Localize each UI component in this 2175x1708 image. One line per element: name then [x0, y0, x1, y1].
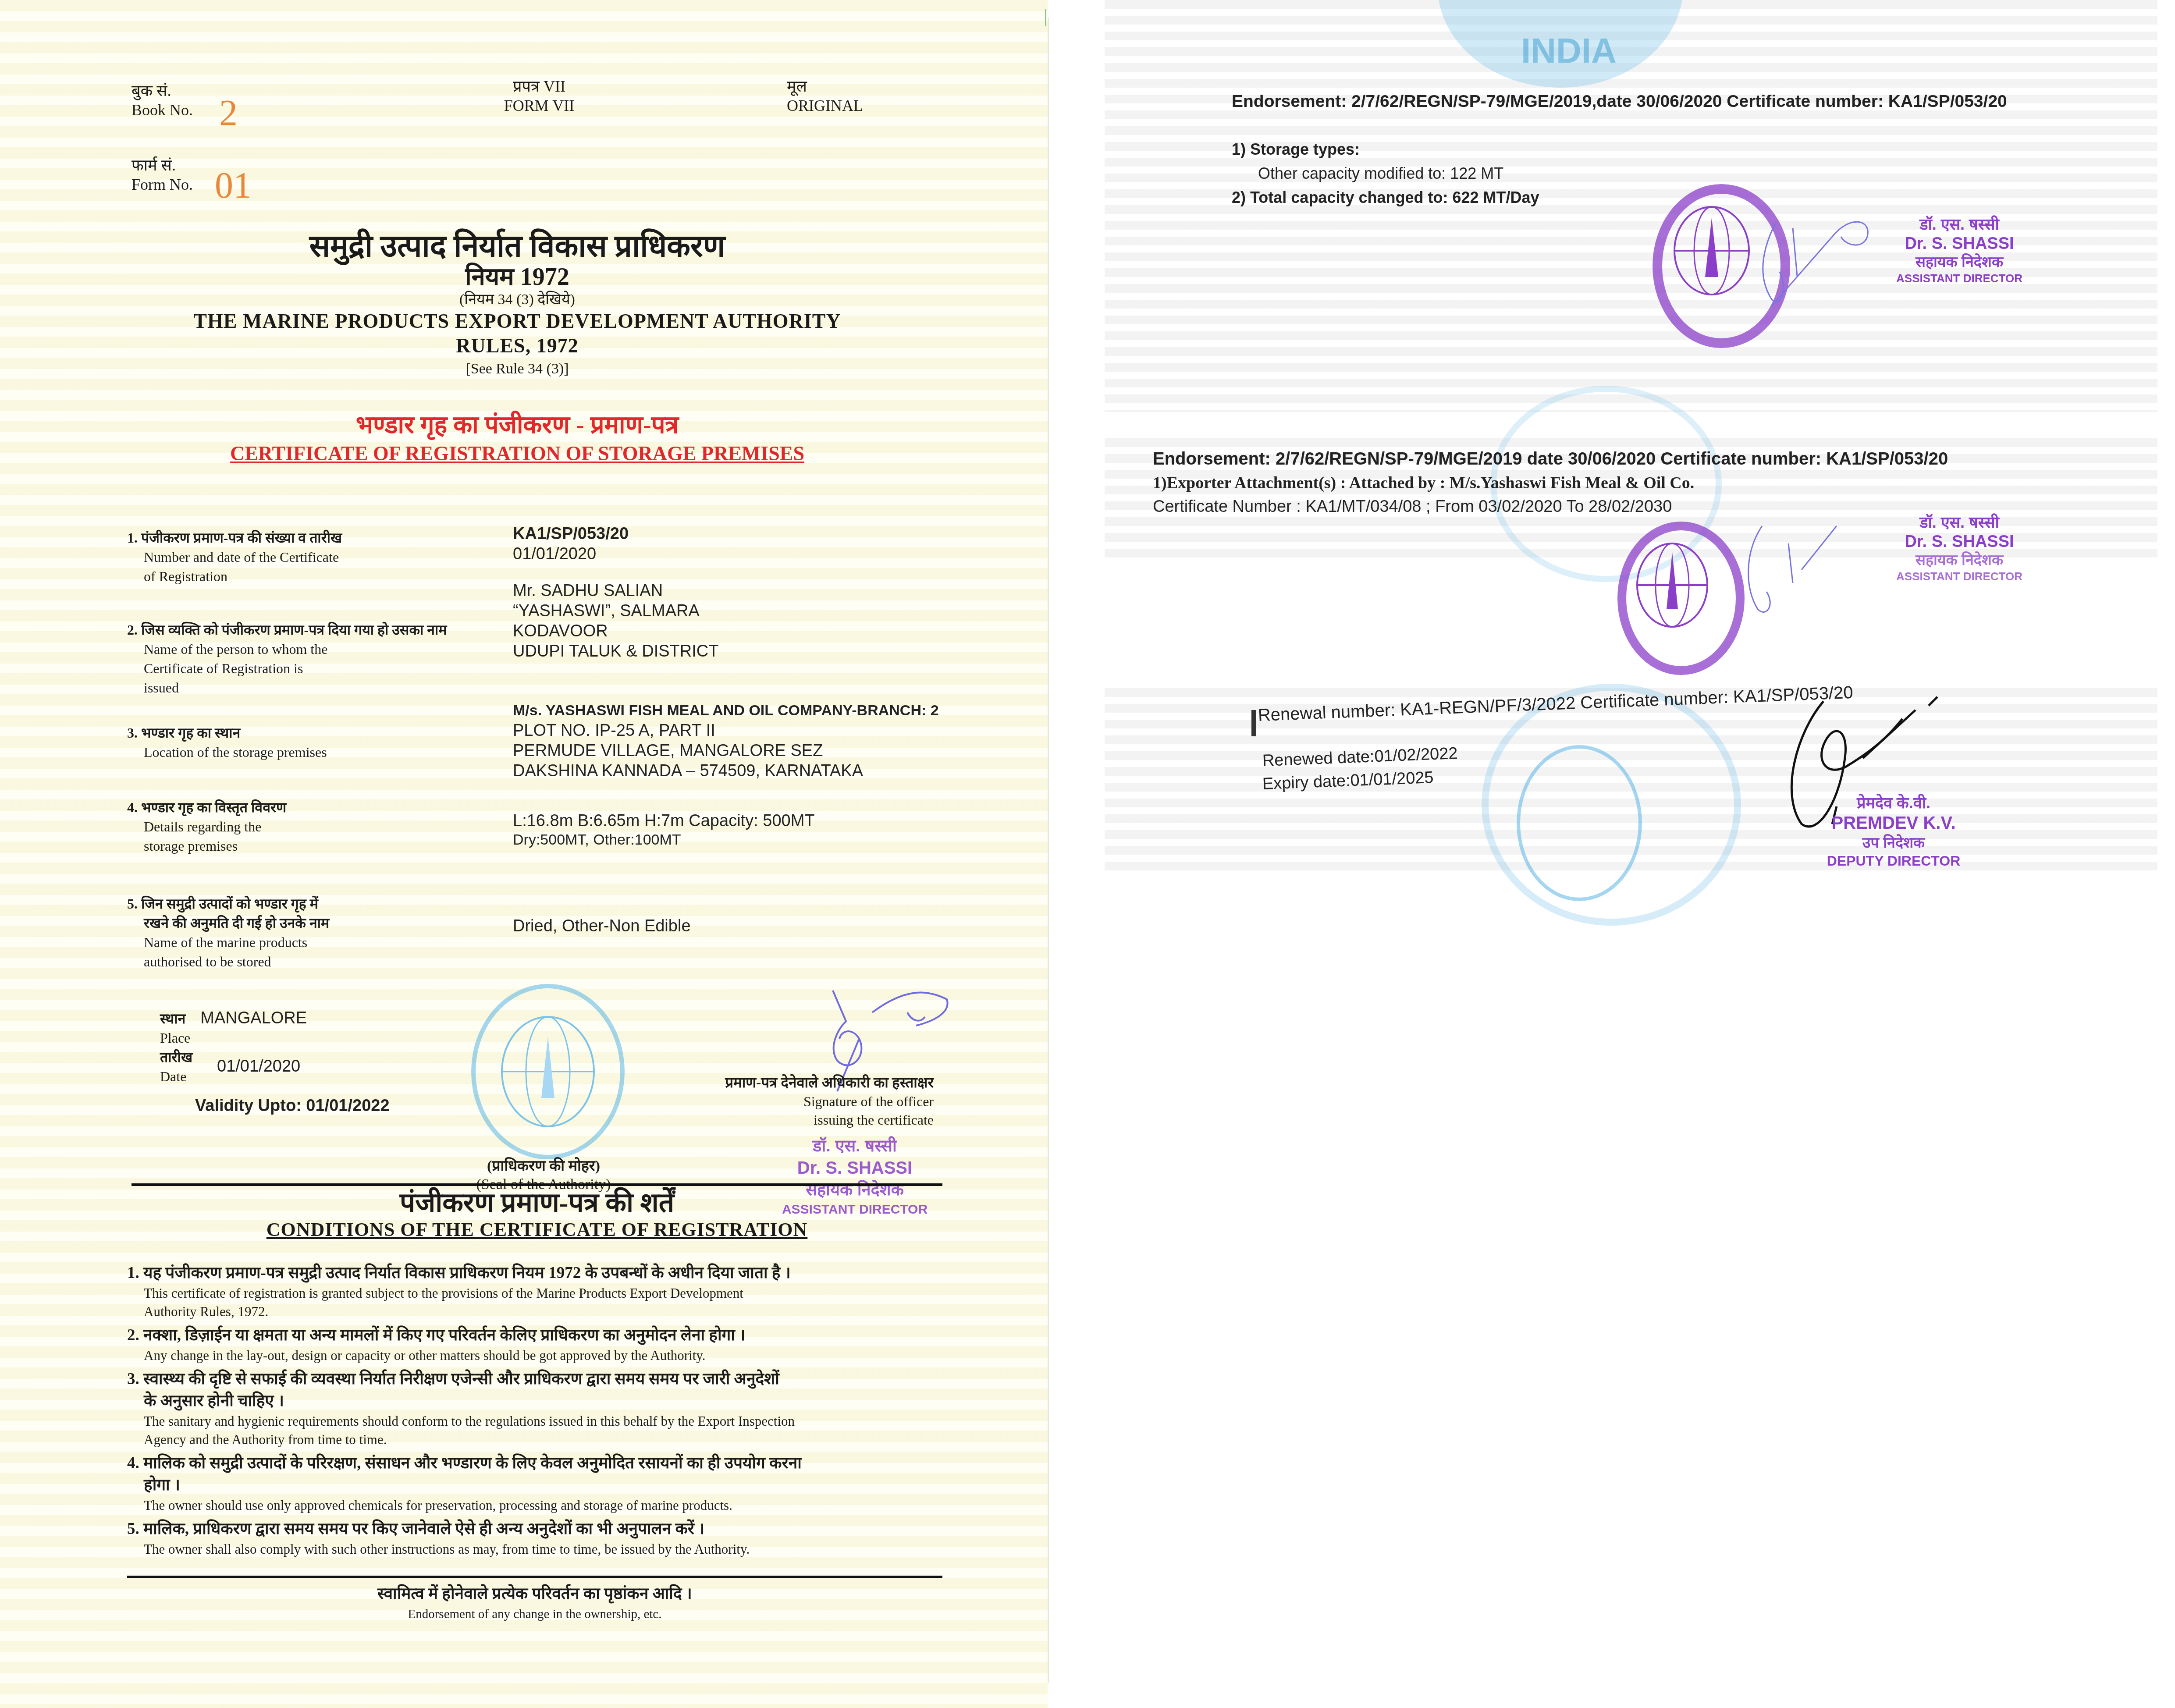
- renewal-marker: [1251, 710, 1256, 736]
- copy-type: मूल ORIGINAL: [787, 77, 863, 115]
- endorsement-1-line: 1) Storage types:: [1232, 140, 1360, 159]
- form-number-label-hi: फार्म सं.: [131, 156, 193, 175]
- endorsement-heading-hi: स्वामित्व में होनेवाले प्रत्येक परिवर्तन…: [127, 1583, 942, 1605]
- copy-type-hi: मूल: [787, 77, 863, 96]
- item-1-label-en-line: of Registration: [127, 567, 390, 586]
- condition-item: 1. यह पंजीकरण प्रमाण-पत्र समुद्री उत्पाद…: [127, 1262, 942, 1321]
- rule-ref-hi: (नियम 34 (3) देखिये): [131, 291, 903, 309]
- page-divider: [1048, 18, 1049, 1683]
- condition-en: The owner should use only approved chemi…: [127, 1496, 942, 1515]
- book-number-value: 2: [219, 92, 238, 135]
- title-block: समुद्री उत्पाद निर्यात विकास प्राधिकरण न…: [131, 230, 903, 380]
- item-3-label-hi: 3. भण्डार गृह का स्थान: [127, 723, 390, 742]
- item-1-label-hi: 1. पंजीकरण प्रमाण-पत्र की संख्या व तारीख: [127, 528, 390, 547]
- storage-details: L:16.8m B:6.65m H:7m Capacity: 500MT Dry…: [513, 811, 815, 849]
- condition-hi: 4. मालिक को समुद्री उत्पादों के परिरक्षण…: [127, 1452, 942, 1474]
- item-4-label-en-line: storage premises: [127, 836, 390, 856]
- condition-en: The sanitary and hygienic requirements s…: [127, 1412, 942, 1431]
- form-number-label-en: Form No.: [131, 175, 193, 194]
- globe-icon: [1626, 530, 1718, 649]
- condition-hi: के अनुसार होनी चाहिए ।: [127, 1390, 942, 1412]
- endorsement-heading: स्वामित्व में होनेवाले प्रत्येक परिवर्तन…: [127, 1583, 942, 1623]
- condition-en: Authority Rules, 1972.: [127, 1303, 942, 1321]
- officer-designation-hi: सहायक निदेशक: [1876, 551, 2043, 569]
- date-label-hi: तारीख: [160, 1048, 192, 1067]
- date-value: 01/01/2020: [217, 1056, 300, 1076]
- condition-en: This certificate of registration is gran…: [127, 1284, 942, 1303]
- item-1-label-en-line: Number and date of the Certificate: [127, 547, 390, 567]
- premises-address-line: PERMUDE VILLAGE, MANGALORE SEZ: [513, 741, 939, 761]
- conditions-title-en: CONDITIONS OF THE CERTIFICATE OF REGISTR…: [131, 1218, 942, 1241]
- place-label-en: Place: [160, 1028, 307, 1048]
- divider: [127, 1576, 942, 1578]
- endorsement-2-heading: Endorsement: 2/7/62/REGN/SP-79/MGE/2019 …: [1153, 449, 1948, 469]
- officer-designation-hi: उप निदेशक: [1810, 834, 1977, 852]
- signature-caption-en: issuing the certificate: [649, 1111, 934, 1129]
- endorsement-1-heading: Endorsement: 2/7/62/REGN/SP-79/MGE/2019,…: [1232, 92, 2007, 111]
- item-5-label-hi: 5. जिन समुद्री उत्पादों को भण्डार गृह मे…: [127, 894, 399, 913]
- item-4-label: 4. भण्डार गृह का विस्तृत विवरण Details r…: [127, 798, 390, 856]
- officer-name-hi: डॉ. एस. षस्सी: [767, 1135, 942, 1157]
- rules-hi: नियम 1972: [131, 263, 903, 291]
- condition-hi: 3. स्वास्थ्य की दृष्टि से सफाई की व्यवस्…: [127, 1368, 942, 1390]
- item-3-label: 3. भण्डार गृह का स्थान Location of the s…: [127, 723, 390, 762]
- premises-address-line: DAKSHINA KANNADA – 574509, KARNATAKA: [513, 761, 939, 781]
- holder-address-line: KODAVOOR: [513, 621, 718, 641]
- officer-name-en: PREMDEV K.V.: [1810, 813, 1977, 834]
- storage-capacity-breakdown: Dry:500MT, Other:100MT: [513, 831, 815, 849]
- officer-signature: [1736, 517, 1850, 622]
- date-label-en: Date: [160, 1067, 192, 1086]
- seal-country-text: INDIA: [1521, 31, 1617, 71]
- condition-en: Any change in the lay-out, design or cap…: [127, 1346, 942, 1365]
- certificate-title-en: CERTIFICATE OF REGISTRATION OF STORAGE P…: [131, 440, 903, 467]
- rules-en: RULES, 1972: [131, 334, 903, 358]
- officer-designation-en: ASSISTANT DIRECTOR: [1876, 271, 2043, 286]
- signature-caption-en: Signature of the officer: [649, 1092, 934, 1111]
- signature-caption-hi: प्रमाण-पत्र देनेवाले अधिकारी का हस्ताक्ष…: [649, 1074, 934, 1092]
- authority-name-hi: समुद्री उत्पाद निर्यात विकास प्राधिकरण: [131, 230, 903, 263]
- officer-stamp: डॉ. एस. षस्सी Dr. S. SHASSI सहायक निदेशक…: [1876, 215, 2043, 286]
- form-number-label: फार्म सं. Form No.: [131, 156, 193, 194]
- item-5-label: 5. जिन समुद्री उत्पादों को भण्डार गृह मे…: [127, 894, 399, 971]
- officer-name-hi: प्रेमदेव के.वी.: [1810, 793, 1977, 813]
- endorsement-1-line: Other capacity modified to: 122 MT: [1258, 164, 1503, 183]
- exporter-attachment: 1)Exporter Attachment(s) : Attached by :…: [1153, 473, 1694, 493]
- place-label-hi: स्थान: [160, 1011, 185, 1026]
- premises-company-name: M/s. YASHASWI FISH MEAL AND OIL COMPANY-…: [513, 700, 939, 721]
- condition-hi: होगा ।: [127, 1474, 942, 1496]
- form-type-en: FORM VII: [473, 96, 605, 115]
- rule-ref-en: [See Rule 34 (3)]: [131, 358, 903, 380]
- officer-name-en: Dr. S. SHASSI: [767, 1157, 942, 1179]
- holder-name-address: Mr. SADHU SALIAN “YASHASWI”, SALMARA KOD…: [513, 581, 718, 661]
- authority-name-en: THE MARINE PRODUCTS EXPORT DEVELOPMENT A…: [131, 309, 903, 334]
- attached-certificate-number: Certificate Number : KA1/MT/034/08 ; Fro…: [1153, 497, 1672, 516]
- registration-date: 01/01/2020: [513, 544, 629, 564]
- certificate-title-hi: भण्डार गृह का पंजीकरण - प्रमाण-पत्र: [131, 410, 903, 440]
- conditions-title: पंजीकरण प्रमाण-पत्र की शर्तें CONDITIONS…: [131, 1188, 942, 1241]
- officer-designation-en: ASSISTANT DIRECTOR: [1876, 569, 2043, 584]
- page-divider-mark: [1045, 9, 1046, 26]
- officer-name-hi: डॉ. एस. षस्सी: [1876, 513, 2043, 532]
- item-1-label: 1. पंजीकरण प्रमाण-पत्र की संख्या व तारीख…: [127, 528, 390, 586]
- item-2-label-en-line: Certificate of Registration is: [127, 659, 513, 678]
- signature-caption: प्रमाण-पत्र देनेवाले अधिकारी का हस्ताक्ष…: [649, 1074, 934, 1129]
- divider: [131, 1183, 942, 1186]
- officer-stamp: डॉ. एस. षस्सी Dr. S. SHASSI सहायक निदेशक…: [1876, 513, 2043, 584]
- item-4-label-hi: 4. भण्डार गृह का विस्तृत विवरण: [127, 798, 390, 817]
- deputy-director-stamp: प्रेमदेव के.वी. PREMDEV K.V. उप निदेशक D…: [1810, 793, 1977, 870]
- place-value: MANGALORE: [200, 1009, 307, 1027]
- officer-designation-en: DEPUTY DIRECTOR: [1810, 852, 1977, 870]
- endorsement-heading-en: Endorsement of any change in the ownersh…: [127, 1605, 942, 1623]
- validity-date: Validity Upto: 01/01/2022: [195, 1096, 390, 1116]
- authorised-products: Dried, Other-Non Edible: [513, 916, 691, 936]
- condition-hi: 5. मालिक, प्राधिकरण द्वारा समय समय पर कि…: [127, 1518, 942, 1540]
- officer-name-hi: डॉ. एस. षस्सी: [1876, 215, 2043, 234]
- globe-icon: [1662, 194, 1761, 319]
- holder-address-line: UDUPI TALUK & DISTRICT: [513, 641, 718, 661]
- condition-item: 5. मालिक, प्राधिकरण द्वारा समय समय पर कि…: [127, 1518, 942, 1559]
- condition-item: 4. मालिक को समुद्री उत्पादों के परिरक्षण…: [127, 1452, 942, 1515]
- condition-hi: 1. यह पंजीकरण प्रमाण-पत्र समुद्री उत्पाद…: [127, 1262, 942, 1284]
- condition-en: The owner shall also comply with such ot…: [127, 1540, 942, 1559]
- condition-item: 2. नक्शा, डिज़ाईन या क्षमता या अन्य मामल…: [127, 1324, 942, 1365]
- holder-name: Mr. SADHU SALIAN: [513, 581, 718, 601]
- condition-en: Agency and the Authority from time to ti…: [127, 1431, 942, 1449]
- authority-seal: [1517, 745, 1642, 901]
- item-2-label-en-line: Name of the person to whom the: [127, 639, 513, 659]
- condition-hi: 2. नक्शा, डिज़ाईन या क्षमता या अन्य मामल…: [127, 1324, 942, 1346]
- book-number-label: बुक सं. Book No.: [131, 81, 193, 120]
- conditions-list: 1. यह पंजीकरण प्रमाण-पत्र समुद्री उत्पाद…: [127, 1262, 942, 1559]
- endorsement-page: INDIA Endorsement: 2/7/62/REGN/SP-79/MGE…: [1052, 0, 2175, 1708]
- item-3-label-en-line: Location of the storage premises: [127, 742, 390, 762]
- officer-name-en: Dr. S. SHASSI: [1876, 234, 2043, 253]
- book-number-label-hi: बुक सं.: [131, 81, 193, 100]
- certificate-page: बुक सं. Book No. 2 फार्म सं. Form No. 01…: [0, 0, 1048, 1708]
- storage-dimensions-capacity: L:16.8m B:6.65m H:7m Capacity: 500MT: [513, 811, 815, 831]
- item-2-label-en-line: issued: [127, 678, 513, 697]
- holder-address-line: “YASHASWI”, SALMARA: [513, 601, 718, 621]
- authority-seal-stamp: [1617, 522, 1745, 675]
- endorsement-1-line: 2) Total capacity changed to: 622 MT/Day: [1232, 188, 1539, 207]
- officer-designation-hi: सहायक निदेशक: [1876, 253, 2043, 271]
- form-type: प्रपत्र VII FORM VII: [473, 77, 605, 115]
- book-number-label-en: Book No.: [131, 100, 193, 120]
- item-5-label-en-line: authorised to be stored: [127, 952, 399, 971]
- copy-type-en: ORIGINAL: [787, 96, 863, 115]
- item-2-label: 2. जिस व्यक्ति को पंजीकरण प्रमाण-पत्र दि…: [127, 620, 513, 697]
- officer-signature: [1753, 210, 1885, 316]
- certificate-title: भण्डार गृह का पंजीकरण - प्रमाण-पत्र CERT…: [131, 410, 903, 467]
- authority-seal: [471, 984, 625, 1159]
- place-block: स्थान MANGALORE Place: [160, 1008, 307, 1048]
- item-2-label-hi: 2. जिस व्यक्ति को पंजीकरण प्रमाण-पत्र दि…: [127, 620, 513, 639]
- seal-caption-hi: (प्राधिकरण की मोहर): [451, 1157, 636, 1175]
- form-type-hi: प्रपत्र VII: [473, 77, 605, 96]
- item-5-label-hi: रखने की अनुमति दी गई हो उनके नाम: [127, 913, 399, 933]
- item-4-label-en-line: Details regarding the: [127, 817, 390, 836]
- globe-icon: [495, 1010, 601, 1133]
- officer-name-en: Dr. S. SHASSI: [1876, 532, 2043, 551]
- storage-location: M/s. YASHASWI FISH MEAL AND OIL COMPANY-…: [513, 700, 939, 781]
- registration-number-and-date: KA1/SP/053/20 01/01/2020: [513, 524, 629, 564]
- item-5-label-en-line: Name of the marine products: [127, 933, 399, 952]
- registration-number: KA1/SP/053/20: [513, 524, 629, 544]
- date-block: तारीख Date: [160, 1048, 192, 1086]
- condition-item: 3. स्वास्थ्य की दृष्टि से सफाई की व्यवस्…: [127, 1368, 942, 1449]
- conditions-title-hi: पंजीकरण प्रमाण-पत्र की शर्तें: [131, 1188, 942, 1218]
- premises-address-line: PLOT NO. IP-25 A, PART II: [513, 721, 939, 741]
- form-number-value: 01: [215, 164, 252, 207]
